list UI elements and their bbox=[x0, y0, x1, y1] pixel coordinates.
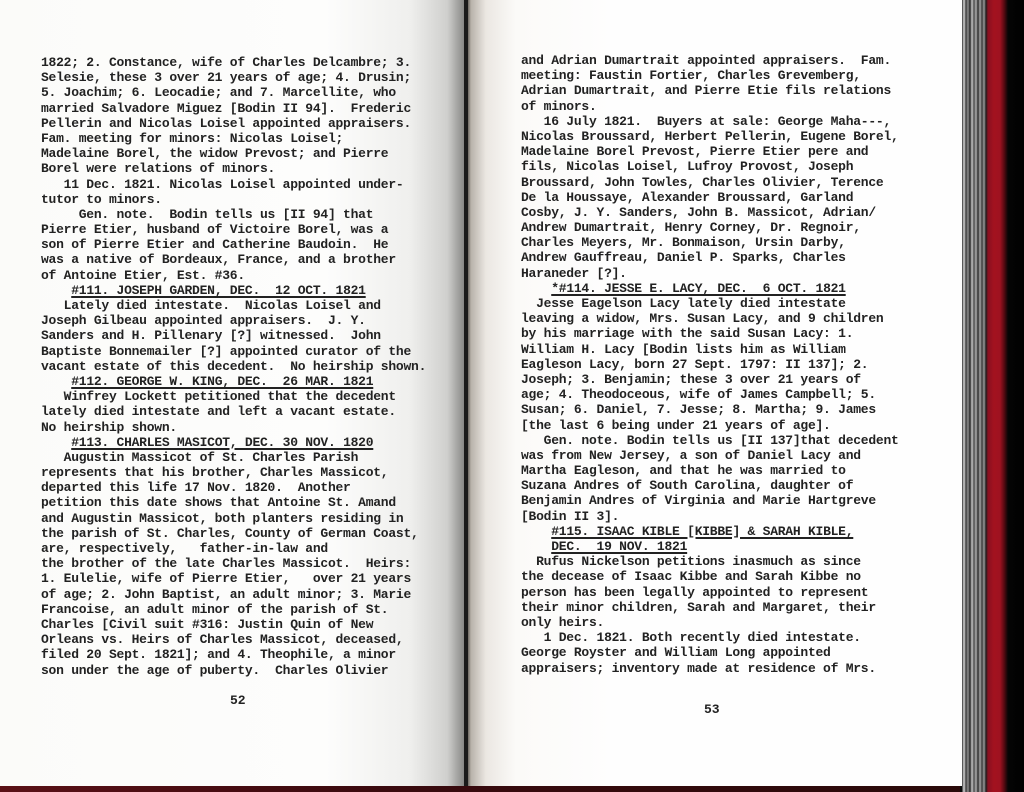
text-line: lately died intestate and left a vacant … bbox=[41, 404, 426, 419]
text-line: George Royster and William Long appointe… bbox=[521, 645, 899, 660]
text-line: son of Pierre Etier and Catherine Baudoi… bbox=[41, 237, 426, 252]
text-line: represents that his brother, Charles Mas… bbox=[41, 465, 426, 480]
text-line: fils, Nicolas Loisel, Lufroy Provost, Jo… bbox=[521, 159, 899, 174]
text-line: Francoise, an adult minor of the parish … bbox=[41, 602, 426, 617]
text-line: Gen. note. Bodin tells us [II 94] that bbox=[41, 207, 426, 222]
text-line: [the last 6 being under 21 years of age]… bbox=[521, 418, 899, 433]
text-line: and Augustin Massicot, both planters res… bbox=[41, 511, 426, 526]
text-line: Benjamin Andres of Virginia and Marie Ha… bbox=[521, 493, 899, 508]
text-line: Haraneder [?]. bbox=[521, 266, 899, 281]
text-line: son under the age of puberty. Charles Ol… bbox=[41, 663, 426, 678]
entry-heading: #113. CHARLES MASICOT, DEC. 30 NOV. 1820 bbox=[41, 435, 426, 450]
text-line: was a native of Bordeaux, France, and a … bbox=[41, 252, 426, 267]
text-line: and Adrian Dumartrait appointed appraise… bbox=[521, 53, 899, 68]
text-line: 11 Dec. 1821. Nicolas Loisel appointed u… bbox=[41, 177, 426, 192]
text-line: 5. Joachim; 6. Leocadie; and 7. Marcelli… bbox=[41, 85, 426, 100]
text-line: of age; 2. John Baptist, an adult minor;… bbox=[41, 587, 426, 602]
text-line: Jesse Eagelson Lacy lately died intestat… bbox=[521, 296, 899, 311]
text-line: Borel were relations of minors. bbox=[41, 161, 426, 176]
text-line: Madelaine Borel, the widow Prevost; and … bbox=[41, 146, 426, 161]
book-gutter bbox=[464, 0, 468, 786]
text-line: Pellerin and Nicolas Loisel appointed ap… bbox=[41, 116, 426, 131]
text-line: the brother of the late Charles Massicot… bbox=[41, 556, 426, 571]
text-line: Rufus Nickelson petitions inasmuch as si… bbox=[521, 554, 899, 569]
text-line: Eagleson Lacy, born 27 Sept. 1797: II 13… bbox=[521, 357, 899, 372]
text-line: 1 Dec. 1821. Both recently died intestat… bbox=[521, 630, 899, 645]
page-number-left: 52 bbox=[230, 693, 246, 708]
entry-heading-text: #113. CHARLES MASICOT, DEC. 30 NOV. 1820 bbox=[71, 435, 373, 450]
entry-heading: #111. JOSEPH GARDEN, DEC. 12 OCT. 1821 bbox=[41, 283, 426, 298]
entry-heading-text: #111. JOSEPH GARDEN, DEC. 12 OCT. 1821 bbox=[71, 283, 366, 298]
text-line: Charles [Civil suit #316: Justin Quin of… bbox=[41, 617, 426, 632]
text-line: Andrew Dumartrait, Henry Corney, Dr. Reg… bbox=[521, 220, 899, 235]
text-line: their minor children, Sarah and Margaret… bbox=[521, 600, 899, 615]
text-line: Nicolas Broussard, Herbert Pellerin, Eug… bbox=[521, 129, 899, 144]
text-line: Susan; 6. Daniel, 7. Jesse; 8. Martha; 9… bbox=[521, 402, 899, 417]
entry-heading-text: DEC. 19 NOV. 1821 bbox=[551, 539, 687, 554]
entry-heading: #112. GEORGE W. KING, DEC. 26 MAR. 1821 bbox=[41, 374, 426, 389]
left-page-text: 1822; 2. Constance, wife of Charles Delc… bbox=[41, 55, 426, 678]
cover-bottom-edge bbox=[0, 786, 960, 792]
entry-heading: #115. ISAAC KIBLE [KIBBE] & SARAH KIBLE, bbox=[521, 524, 899, 539]
text-line: married Salvadore Miguez [Bodin II 94]. … bbox=[41, 101, 426, 116]
text-line: [Bodin II 3]. bbox=[521, 509, 899, 524]
text-line: 1822; 2. Constance, wife of Charles Delc… bbox=[41, 55, 426, 70]
text-line: Lately died intestate. Nicolas Loisel an… bbox=[41, 298, 426, 313]
text-line: Augustin Massicot of St. Charles Parish bbox=[41, 450, 426, 465]
text-line: are, respectively, father-in-law and bbox=[41, 541, 426, 556]
text-line: No heirship shown. bbox=[41, 420, 426, 435]
text-line: Madelaine Borel Prevost, Pierre Etier pe… bbox=[521, 144, 899, 159]
text-line: Suzana Andres of South Carolina, daughte… bbox=[521, 478, 899, 493]
entry-heading: DEC. 19 NOV. 1821 bbox=[521, 539, 899, 554]
text-line: Adrian Dumartrait, and Pierre Etie fils … bbox=[521, 83, 899, 98]
text-line: Pierre Etier, husband of Victoire Borel,… bbox=[41, 222, 426, 237]
text-line: Winfrey Lockett petitioned that the dece… bbox=[41, 389, 426, 404]
entry-heading-text: #112. GEORGE W. KING, DEC. 26 MAR. 1821 bbox=[71, 374, 373, 389]
entry-heading: *#114. JESSE E. LACY, DEC. 6 OCT. 1821 bbox=[521, 281, 899, 296]
text-line: Andrew Gauffreau, Daniel P. Sparks, Char… bbox=[521, 250, 899, 265]
text-line: the decease of Isaac Kibbe and Sarah Kib… bbox=[521, 569, 899, 584]
text-line: Gen. note. Bodin tells us [II 137]that d… bbox=[521, 433, 899, 448]
text-line: Joseph; 3. Benjamin; these 3 over 21 yea… bbox=[521, 372, 899, 387]
text-line: 16 July 1821. Buyers at sale: George Mah… bbox=[521, 114, 899, 129]
text-line: Martha Eagleson, and that he was married… bbox=[521, 463, 899, 478]
right-page-text: and Adrian Dumartrait appointed appraise… bbox=[521, 53, 899, 676]
text-line: by his marriage with the said Susan Lacy… bbox=[521, 326, 899, 341]
text-line: departed this life 17 Nov. 1820. Another bbox=[41, 480, 426, 495]
text-line: Sanders and H. Pillenary [?] witnessed. … bbox=[41, 328, 426, 343]
text-line: Orleans vs. Heirs of Charles Massicot, d… bbox=[41, 632, 426, 647]
text-line: Charles Meyers, Mr. Bonmaison, Ursin Dar… bbox=[521, 235, 899, 250]
text-line: Fam. meeting for minors: Nicolas Loisel; bbox=[41, 131, 426, 146]
page-number-right: 53 bbox=[704, 702, 720, 717]
text-line: was from New Jersey, a son of Daniel Lac… bbox=[521, 448, 899, 463]
text-line: De la Houssaye, Alexander Broussard, Gar… bbox=[521, 190, 899, 205]
text-line: only heirs. bbox=[521, 615, 899, 630]
entry-heading-text: #115. ISAAC KIBLE [KIBBE] & SARAH KIBLE, bbox=[551, 524, 853, 539]
text-line: appraisers; inventory made at residence … bbox=[521, 661, 899, 676]
text-line: Cosby, J. Y. Sanders, John B. Massicot, … bbox=[521, 205, 899, 220]
text-line: William H. Lacy [Bodin lists him as Will… bbox=[521, 342, 899, 357]
text-line: Joseph Gilbeau appointed appraisers. J. … bbox=[41, 313, 426, 328]
text-line: vacant estate of this decedent. No heirs… bbox=[41, 359, 426, 374]
text-line: Selesie, these 3 over 21 years of age; 4… bbox=[41, 70, 426, 85]
text-line: Baptiste Bonnemailer [?] appointed curat… bbox=[41, 344, 426, 359]
text-line: of Antoine Etier, Est. #36. bbox=[41, 268, 426, 283]
entry-heading-text: *#114. JESSE E. LACY, DEC. 6 OCT. 1821 bbox=[551, 281, 846, 296]
text-line: leaving a widow, Mrs. Susan Lacy, and 9 … bbox=[521, 311, 899, 326]
text-line: tutor to minors. bbox=[41, 192, 426, 207]
text-line: of minors. bbox=[521, 99, 899, 114]
page-edges-and-cover bbox=[962, 0, 1024, 792]
text-line: 1. Eulelie, wife of Pierre Etier, over 2… bbox=[41, 571, 426, 586]
text-line: petition this date shows that Antoine St… bbox=[41, 495, 426, 510]
text-line: the parish of St. Charles, County of Ger… bbox=[41, 526, 426, 541]
text-line: person has been legally appointed to rep… bbox=[521, 585, 899, 600]
text-line: filed 20 Sept. 1821]; and 4. Theophile, … bbox=[41, 647, 426, 662]
text-line: meeting: Faustin Fortier, Charles Grevem… bbox=[521, 68, 899, 83]
text-line: Broussard, John Towles, Charles Olivier,… bbox=[521, 175, 899, 190]
book-spread: 1822; 2. Constance, wife of Charles Delc… bbox=[0, 0, 1024, 792]
text-line: age; 4. Theodoceous, wife of James Campb… bbox=[521, 387, 899, 402]
